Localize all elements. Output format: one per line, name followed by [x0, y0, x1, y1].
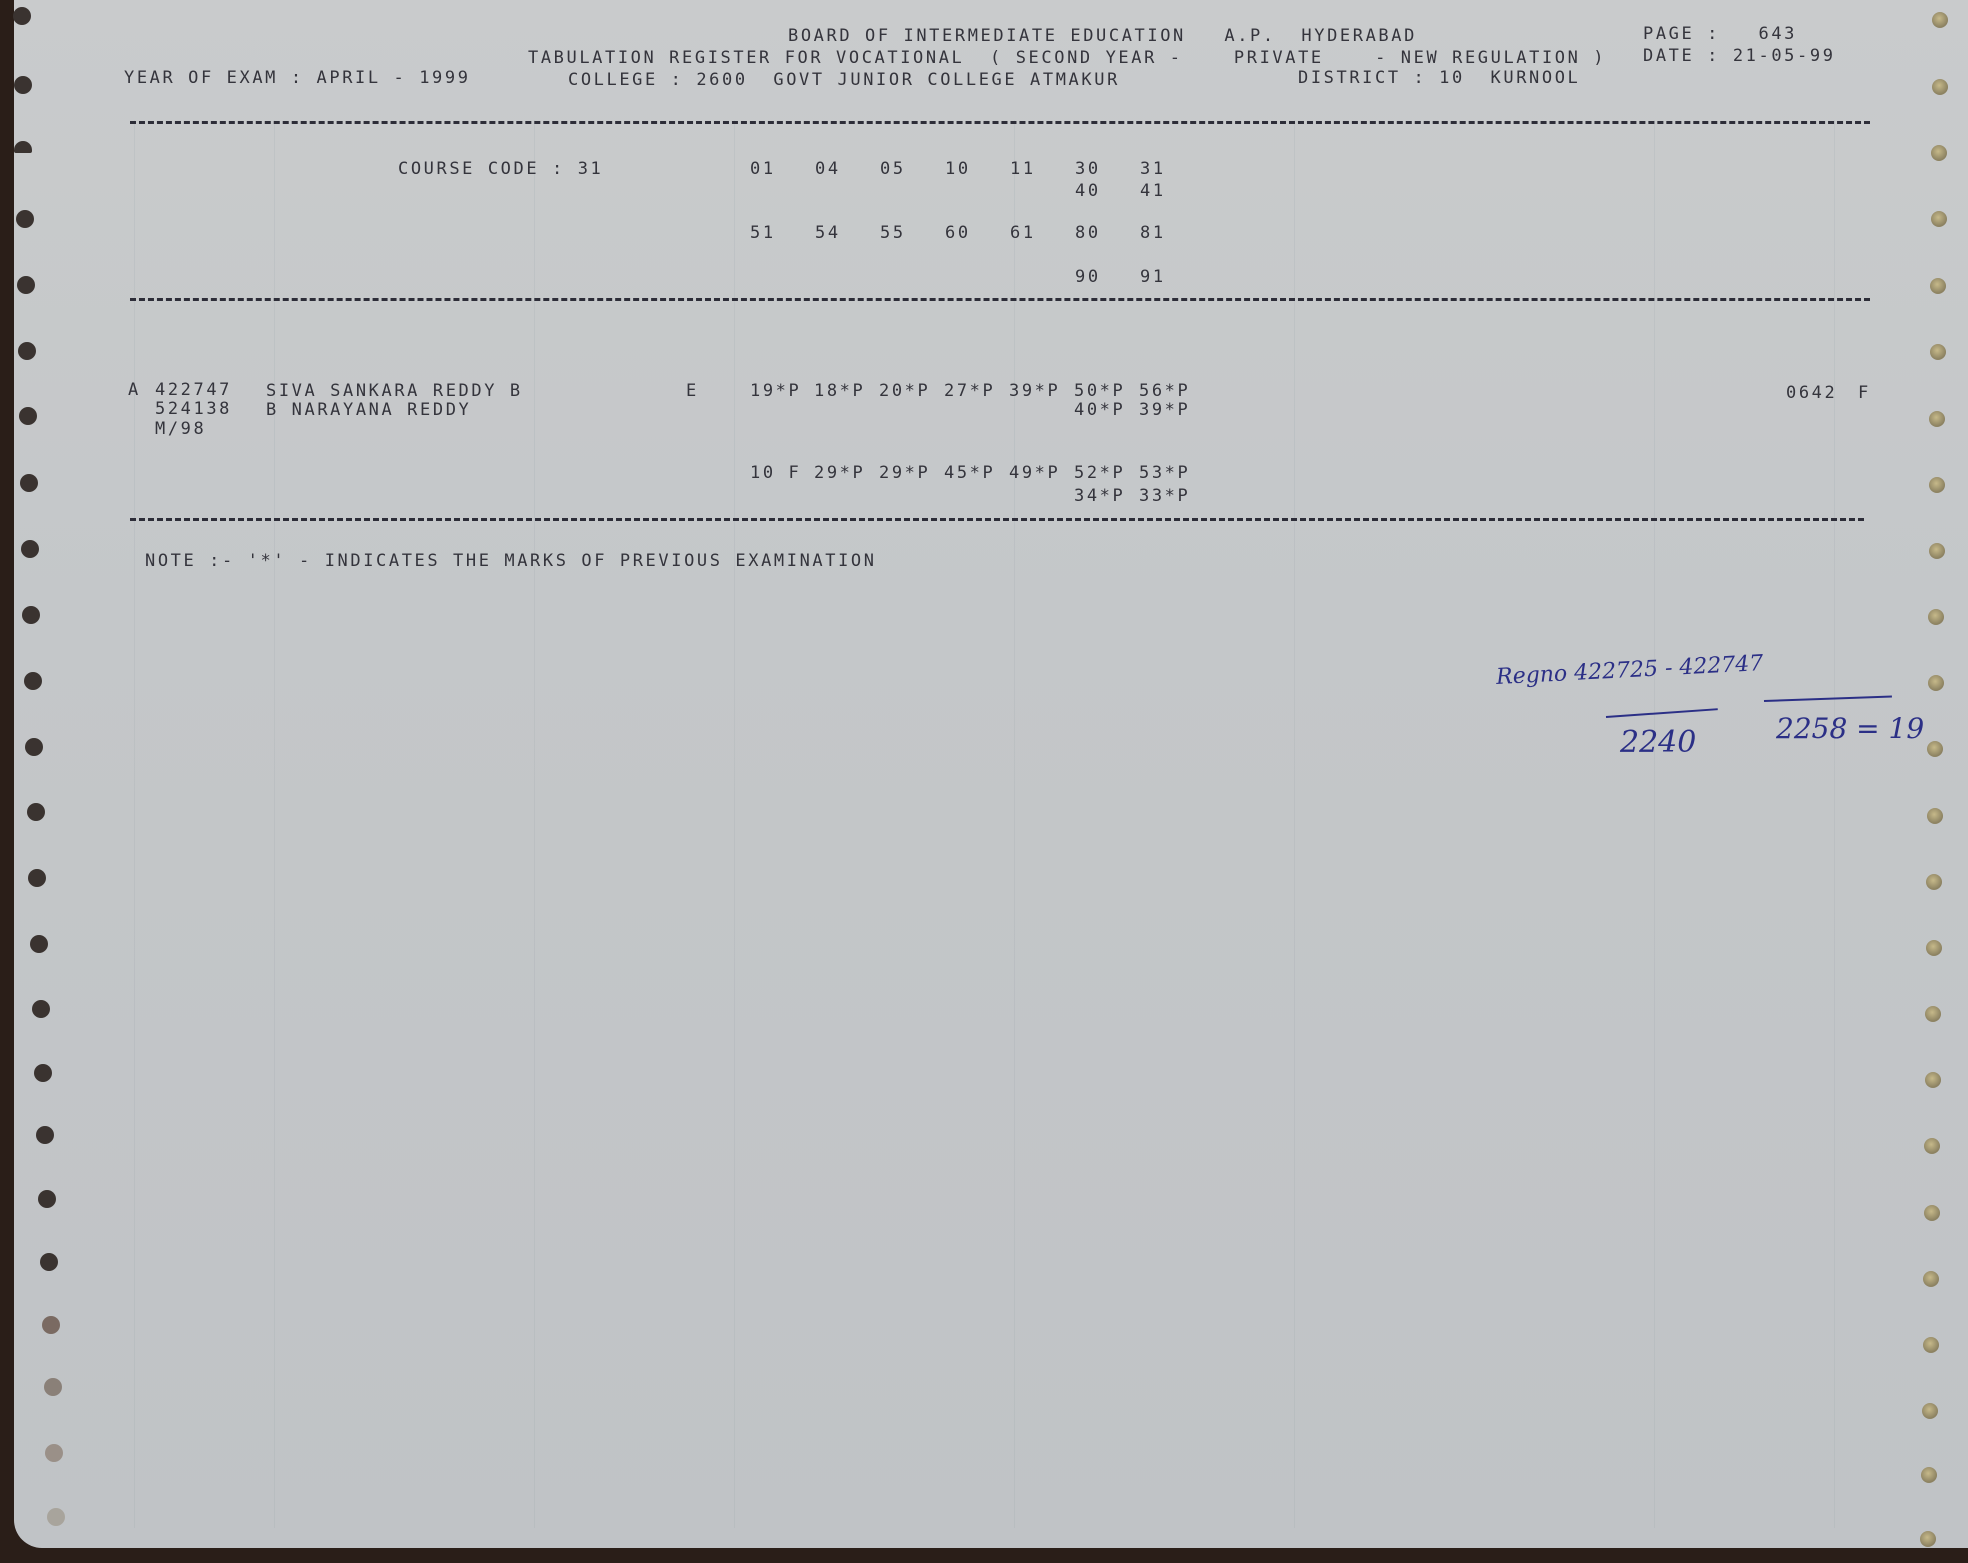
subject-code: 31	[1140, 159, 1166, 179]
mark: 52*P	[1074, 463, 1125, 483]
tractor-hole	[40, 1253, 58, 1271]
faint-rule	[1014, 120, 1015, 1528]
mark: 20*P	[879, 381, 930, 401]
tractor-hole	[1930, 344, 1946, 360]
mark: 53*P	[1139, 463, 1190, 483]
tractor-hole	[17, 276, 35, 294]
mark: 34*P	[1074, 486, 1125, 506]
faint-rule	[1834, 120, 1835, 1528]
tractor-hole	[1923, 1271, 1939, 1287]
mark: 39*P	[1139, 400, 1190, 420]
total-marks: 0642	[1786, 383, 1837, 403]
tractor-hole	[22, 606, 40, 624]
tractor-hole	[1925, 1072, 1941, 1088]
tractor-hole	[1932, 12, 1948, 28]
tractor-hole	[42, 1316, 60, 1334]
tractor-hole	[1930, 278, 1946, 294]
board-title: BOARD OF INTERMEDIATE EDUCATION A.P. HYD…	[788, 26, 1417, 46]
mark: 27*P	[944, 381, 995, 401]
tractor-hole	[1928, 675, 1944, 691]
subject-code: 30	[1075, 159, 1101, 179]
tractor-hole	[19, 407, 37, 425]
tractor-hole	[34, 1064, 52, 1082]
tractor-hole	[1922, 1403, 1938, 1419]
mark: 10 F	[750, 463, 801, 483]
subject-code: 90	[1075, 267, 1101, 287]
subject-code: 81	[1140, 223, 1166, 243]
mark: 33*P	[1139, 486, 1190, 506]
tractor-hole	[14, 76, 32, 94]
tractor-hole	[1928, 609, 1944, 625]
mark: 56*P	[1139, 381, 1190, 401]
tractor-hole	[20, 474, 38, 492]
course-code: COURSE CODE : 31	[398, 159, 603, 179]
tractor-hole	[27, 803, 45, 821]
subject-code: 10	[945, 159, 971, 179]
tractor-hole	[1932, 79, 1948, 95]
faint-rule	[1654, 120, 1655, 1528]
tractor-hole	[32, 1000, 50, 1018]
tractor-hole	[1929, 411, 1945, 427]
faint-rule	[1294, 120, 1295, 1528]
tractor-hole	[38, 1190, 56, 1208]
tractor-hole	[14, 141, 32, 153]
mark: 19*P	[750, 381, 801, 401]
subject-code: 60	[945, 223, 971, 243]
tractor-hole	[18, 342, 36, 360]
mark: 18*P	[814, 381, 865, 401]
tractor-hole	[1924, 1138, 1940, 1154]
reference-number: 524138	[155, 399, 232, 419]
faint-rule	[534, 120, 535, 1528]
student-name: SIVA SANKARA REDDY B	[266, 381, 523, 401]
subject-code: 54	[815, 223, 841, 243]
subject-code: 91	[1140, 267, 1166, 287]
tractor-hole	[1926, 940, 1942, 956]
faint-rule	[274, 120, 275, 1528]
tractor-hole	[28, 869, 46, 887]
tractor-hole	[1931, 145, 1947, 161]
handwritten-count-right: 2258 = 19	[1776, 712, 1924, 745]
tractor-hole	[1921, 1467, 1937, 1483]
footnote: NOTE :- '*' - INDICATES THE MARKS OF PRE…	[145, 551, 877, 571]
faint-rule	[134, 120, 135, 1528]
tractor-hole	[24, 672, 42, 690]
subject-code: 80	[1075, 223, 1101, 243]
record-prefix: A	[128, 380, 141, 400]
subject-code: 04	[815, 159, 841, 179]
tractor-hole	[13, 7, 31, 25]
tractor-hole	[1920, 1531, 1936, 1547]
printout-sheet	[14, 0, 1968, 1548]
tractor-hole	[25, 738, 43, 756]
tractor-hole	[1924, 1205, 1940, 1221]
mark: 29*P	[814, 463, 865, 483]
district-info: DISTRICT : 10 KURNOOL	[1298, 68, 1580, 88]
subject-code: 05	[880, 159, 906, 179]
tractor-hole	[1926, 874, 1942, 890]
tractor-hole	[16, 210, 34, 228]
subject-code: 40	[1075, 181, 1101, 201]
result-status: F	[1858, 383, 1871, 403]
tractor-hole	[47, 1508, 65, 1526]
subject-code: 51	[750, 223, 776, 243]
tractor-hole	[1931, 211, 1947, 227]
mark: 50*P	[1074, 381, 1125, 401]
tractor-hole	[1927, 741, 1943, 757]
register-title: TABULATION REGISTER FOR VOCATIONAL ( SEC…	[528, 48, 1606, 68]
separator-line	[130, 121, 1870, 124]
mark: 29*P	[879, 463, 930, 483]
tractor-hole	[36, 1126, 54, 1144]
tractor-hole	[45, 1444, 63, 1462]
tractor-hole	[1927, 808, 1943, 824]
subject-code: 61	[1010, 223, 1036, 243]
subject-code: 55	[880, 223, 906, 243]
page-number: PAGE : 643	[1643, 24, 1797, 44]
mark: 40*P	[1074, 400, 1125, 420]
subject-code: 01	[750, 159, 776, 179]
previous-exam: M/98	[155, 419, 206, 439]
faint-rule	[734, 120, 735, 1528]
subject-code: 41	[1140, 181, 1166, 201]
tractor-hole	[44, 1378, 62, 1396]
handwritten-count-left: 2240	[1620, 725, 1696, 760]
year-of-exam: YEAR OF EXAM : APRIL - 1999	[124, 68, 471, 88]
tractor-hole	[1923, 1337, 1939, 1353]
tractor-hole	[30, 935, 48, 953]
separator-line	[130, 518, 1864, 521]
subject-code: 11	[1010, 159, 1036, 179]
separator-line	[130, 298, 1870, 301]
tractor-hole	[1929, 543, 1945, 559]
medium: E	[686, 381, 699, 401]
tractor-hole	[21, 540, 39, 558]
mark: 49*P	[1009, 463, 1060, 483]
tractor-hole	[1929, 477, 1945, 493]
college-info: COLLEGE : 2600 GOVT JUNIOR COLLEGE ATMAK…	[568, 70, 1120, 90]
reg-number: 422747	[155, 380, 232, 400]
mark: 45*P	[944, 463, 995, 483]
father-name: B NARAYANA REDDY	[266, 400, 471, 420]
tractor-hole	[1925, 1006, 1941, 1022]
mark: 39*P	[1009, 381, 1060, 401]
print-date: DATE : 21-05-99	[1643, 46, 1836, 66]
